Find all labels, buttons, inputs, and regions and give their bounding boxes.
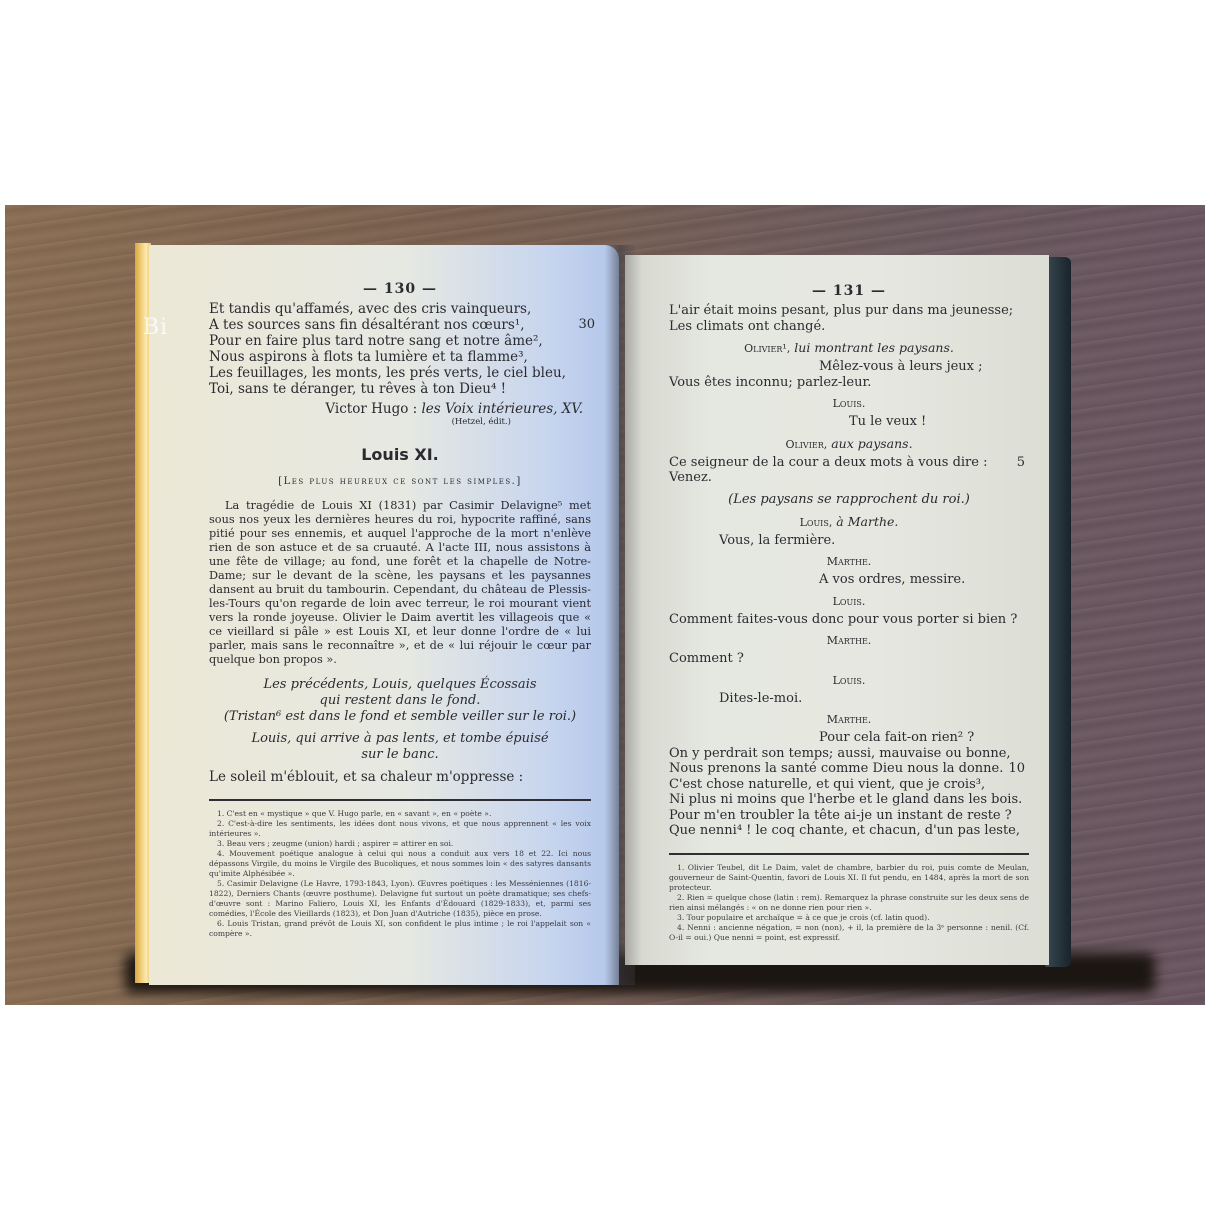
- verse-line: Vous, la fermière.: [669, 533, 1029, 549]
- verse-line: Nous prenons la santé comme Dieu nous la…: [669, 761, 1029, 777]
- verse-text: A vos ordres, messire.: [819, 572, 965, 587]
- verse-text: Comment faites-vous donc pour vous porte…: [669, 612, 1017, 627]
- verse-text: Ce seigneur de la cour a deux mots à vou…: [669, 455, 987, 470]
- speaker-name: Olivier¹, lui montrant les paysans.: [669, 340, 1029, 357]
- speaker-name: Marthe.: [669, 712, 1029, 728]
- footnote: 3. Tour populaire et archaïque = à ce qu…: [669, 913, 1029, 923]
- verse-text: Comment ?: [669, 651, 744, 666]
- verse-line: Que nenni⁴ ! le coq chante, et chacun, d…: [669, 823, 1029, 839]
- photograph: — 130 — Et tandis qu'affamés, avec des c…: [5, 205, 1205, 1005]
- footnote: 2. C'est-à-dire les sentiments, les idée…: [209, 819, 591, 839]
- stage-direction: (Les paysans se rapprochent du roi.): [669, 492, 1029, 508]
- verse-line: Dites-le-moi.: [669, 691, 1029, 707]
- speaker-name: Marthe.: [669, 554, 1029, 570]
- author: Victor Hugo :: [325, 401, 421, 417]
- speaker-name: Louis.: [669, 673, 1029, 689]
- footnote: 1. Olivier Teubel, dit Le Daim, valet de…: [669, 863, 1029, 893]
- stage-direction: aux paysans.: [827, 436, 912, 451]
- verse-text: Les climats ont changé.: [669, 319, 825, 334]
- character: Marthe.: [827, 713, 872, 726]
- character: Olivier¹,: [744, 342, 790, 355]
- page-number: — 131 —: [669, 283, 1029, 299]
- verse-text: Venez.: [669, 470, 712, 485]
- verse-text: Vous êtes inconnu; parlez-leur.: [669, 375, 871, 390]
- verse-text: Nous prenons la santé comme Dieu nous la…: [669, 761, 1003, 776]
- verse-line: Tu le veux !: [669, 414, 1029, 430]
- page-number: — 130 —: [209, 281, 591, 297]
- speaker-name: Louis.: [669, 594, 1029, 610]
- verse-line: Mêlez-vous à leurs jeux ;: [669, 359, 1029, 375]
- speaker-name: Louis.: [669, 396, 1029, 412]
- line-number: 5: [1017, 455, 1025, 471]
- verse-text: Mêlez-vous à leurs jeux ;: [819, 359, 983, 374]
- left-page: — 130 — Et tandis qu'affamés, avec des c…: [149, 245, 619, 985]
- footnote: 3. Beau vers ; zeugme (union) hardi ; as…: [209, 839, 591, 849]
- speaker-name: Marthe.: [669, 633, 1029, 649]
- verse-text: Ni plus ni moins que l'herbe et le gland…: [669, 792, 1022, 807]
- footnote-divider: [209, 799, 591, 801]
- footnotes: 1. Olivier Teubel, dit Le Daim, valet de…: [669, 863, 1029, 943]
- stage-direction: à Marthe.: [832, 514, 898, 529]
- verse-text: On y perdrait son temps; aussi, mauvaise…: [669, 746, 1011, 761]
- verse-text: Vous, la fermière.: [719, 533, 835, 548]
- footnote: 6. Louis Tristan, grand prévôt de Louis …: [209, 919, 591, 939]
- character: Louis.: [833, 397, 866, 410]
- verse-line: C'est chose naturelle, et qui vient, que…: [669, 777, 1029, 793]
- footnote: 1. C'est en « mystique » que V. Hugo par…: [209, 809, 591, 819]
- character: Louis,: [800, 516, 833, 529]
- verse-line: Toi, sans te déranger, tu rêves à ton Di…: [209, 381, 591, 397]
- stage-line: Les précédents, Louis, quelques Écossais: [209, 677, 591, 693]
- stage-direction: Les précédents, Louis, quelques Écossais…: [209, 677, 591, 725]
- section-title: Louis XI.: [209, 445, 591, 464]
- watermark: Bi: [143, 315, 168, 340]
- stage-line: qui restent dans le fond.: [209, 693, 591, 709]
- verse-line: A tes sources sans fin désaltérant nos c…: [209, 317, 591, 333]
- intro-paragraph: La tragédie de Louis XI (1831) par Casim…: [209, 499, 591, 667]
- line-number: 30: [578, 317, 595, 333]
- speaker-name: Louis, à Marthe.: [669, 514, 1029, 531]
- footnote: 4. Mouvement poétique analogue à celui q…: [209, 849, 591, 879]
- character: Marthe.: [827, 634, 872, 647]
- attribution: Victor Hugo : les Voix intérieures, XV.: [209, 401, 591, 417]
- verse-line: L'air était moins pesant, plus pur dans …: [669, 303, 1029, 319]
- verse-line: Et tandis qu'affamés, avec des cris vain…: [209, 301, 591, 317]
- poem-excerpt: Et tandis qu'affamés, avec des cris vain…: [209, 301, 591, 397]
- verse-text: Dites-le-moi.: [719, 691, 802, 706]
- verse-text: A tes sources sans fin désaltérant nos c…: [209, 317, 525, 333]
- verse-line: Pour cela fait-on rien² ?: [669, 730, 1029, 746]
- footnote: 5. Casimir Delavigne (Le Havre, 1793-184…: [209, 879, 591, 919]
- verse-text: Pour m'en troubler la tête ai-je un inst…: [669, 808, 1012, 823]
- stage-direction: Louis, qui arrive à pas lents, et tombe …: [209, 731, 591, 763]
- character: Louis.: [833, 674, 866, 687]
- verse-line: Nous aspirons à flots ta lumière et ta f…: [209, 349, 591, 365]
- publisher: (Hetzel, édit.): [209, 417, 591, 427]
- speaker-name: Olivier, aux paysans.: [669, 436, 1029, 453]
- footnote-divider: [669, 853, 1029, 855]
- verse-line: Le soleil m'éblouit, et sa chaleur m'opp…: [209, 769, 591, 785]
- verse-line: A vos ordres, messire.: [669, 572, 1029, 588]
- verse-line: On y perdrait son temps; aussi, mauvaise…: [669, 746, 1029, 762]
- verse-text: C'est chose naturelle, et qui vient, que…: [669, 777, 985, 792]
- character: Louis.: [833, 595, 866, 608]
- verse-text: L'air était moins pesant, plus pur dans …: [669, 303, 1013, 318]
- verse-line: Ce seigneur de la cour a deux mots à vou…: [669, 455, 1029, 471]
- verse-line: Comment ?: [669, 651, 1029, 667]
- work-title: les Voix intérieures, XV.: [421, 401, 583, 417]
- verse-line: Les climats ont changé.: [669, 319, 1029, 335]
- verse-text: Pour cela fait-on rien² ?: [819, 730, 974, 745]
- verse-line: Pour m'en troubler la tête ai-je un inst…: [669, 808, 1029, 824]
- verse-line: Pour en faire plus tard notre sang et no…: [209, 333, 591, 349]
- footnote: 2. Rien = quelque chose (latin : rem). R…: [669, 893, 1029, 913]
- section-subtitle: [Les plus heureux ce sont les simples.]: [209, 476, 591, 487]
- right-page: — 131 — L'air était moins pesant, plus p…: [625, 255, 1049, 965]
- verse-text: Tu le veux !: [849, 414, 926, 429]
- footnote: 4. Nenni : ancienne négation, = non (non…: [669, 923, 1029, 943]
- stage-direction: lui montrant les paysans.: [790, 340, 954, 355]
- stage-line: (Tristan⁶ est dans le fond et semble vei…: [209, 709, 591, 725]
- stage-line: sur le banc.: [209, 747, 591, 763]
- verse-line: Ni plus ni moins que l'herbe et le gland…: [669, 792, 1029, 808]
- stage-line: Louis, qui arrive à pas lents, et tombe …: [209, 731, 591, 747]
- character: Olivier,: [785, 438, 827, 451]
- verse-line: Vous êtes inconnu; parlez-leur.: [669, 375, 1029, 391]
- footnotes: 1. C'est en « mystique » que V. Hugo par…: [209, 809, 591, 939]
- dialogue: L'air était moins pesant, plus pur dans …: [669, 303, 1029, 839]
- verse-line: Les feuillages, les monts, les prés vert…: [209, 365, 591, 381]
- verse-text: Que nenni⁴ ! le coq chante, et chacun, d…: [669, 823, 1020, 838]
- verse-line: Comment faites-vous donc pour vous porte…: [669, 612, 1029, 628]
- character: Marthe.: [827, 555, 872, 568]
- line-number: 10: [1008, 761, 1025, 777]
- verse-line: Venez.: [669, 470, 1029, 486]
